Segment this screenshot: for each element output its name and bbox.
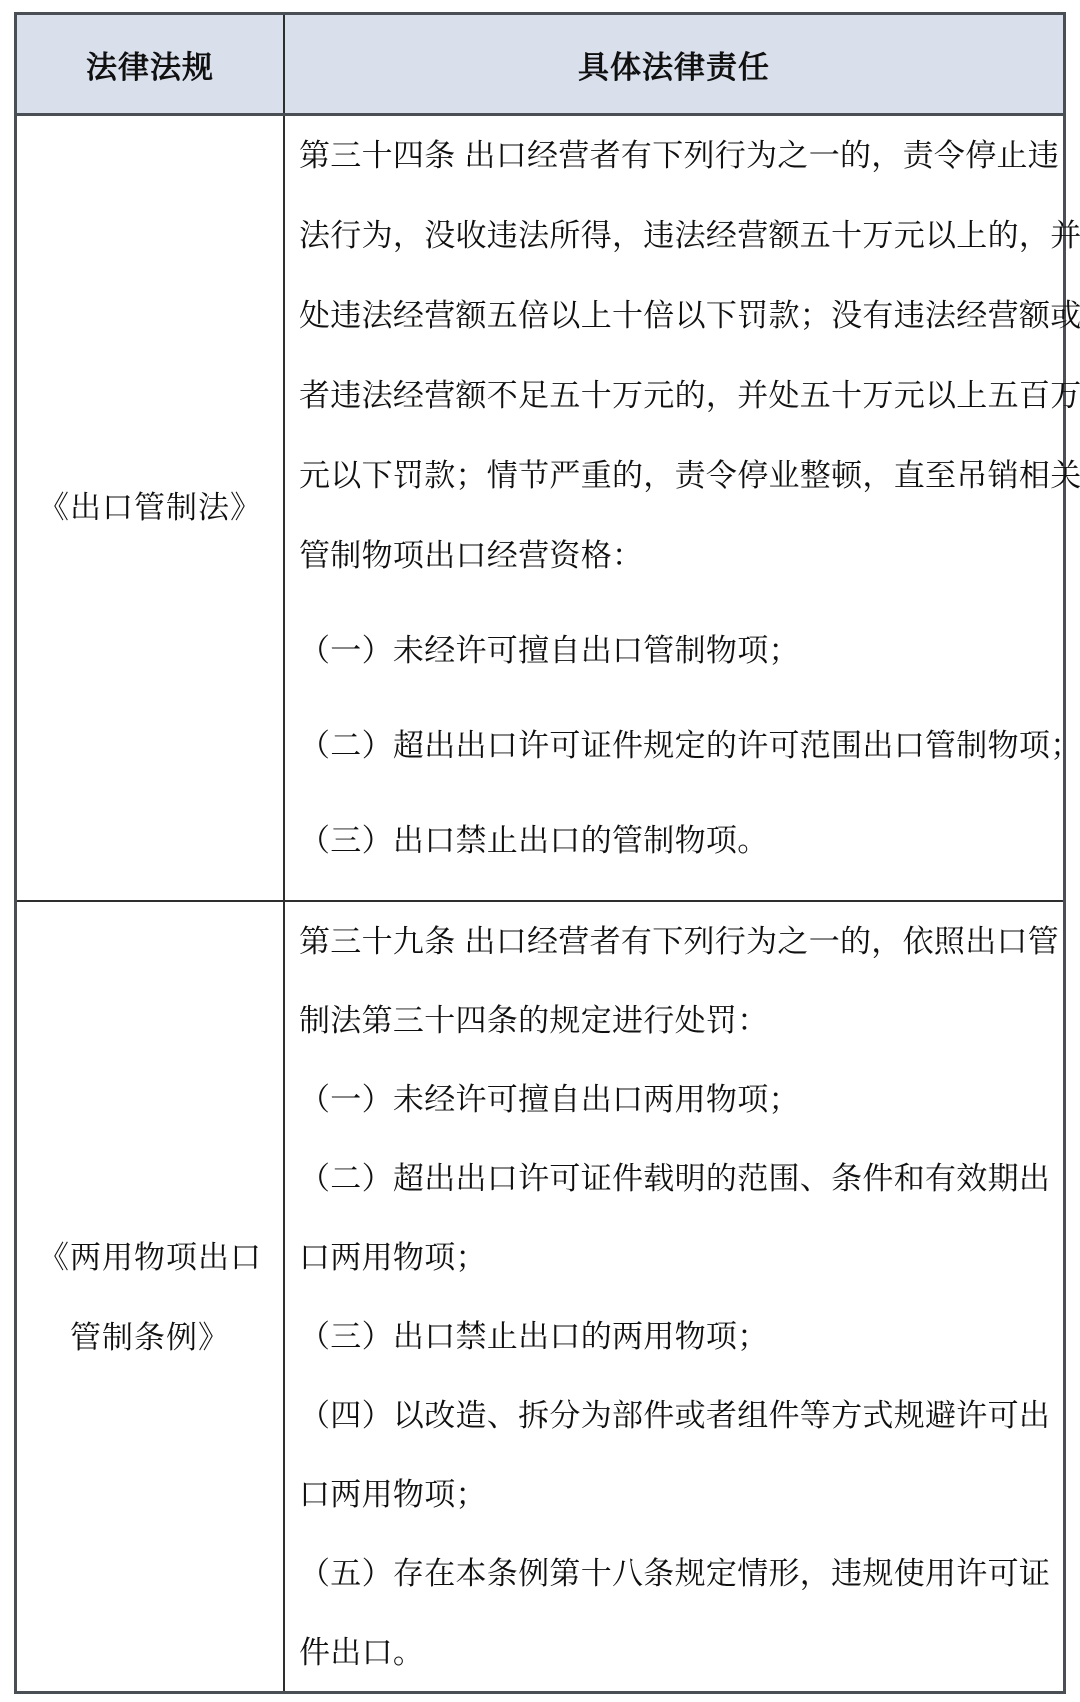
list-item-line: （五）存在本条例第十八条规定情形，违规使用许可证 bbox=[299, 1534, 1053, 1613]
header-cell-liability: 具体法律责任 bbox=[285, 15, 1063, 113]
list-item-line: （一）未经许可擅自出口两用物项； bbox=[299, 1060, 1053, 1139]
law-cell-export-control-law: 《出口管制法》 bbox=[17, 116, 283, 900]
header-cell-laws: 法律法规 bbox=[17, 15, 283, 113]
list-item-continuation-line: 口两用物项； bbox=[299, 1218, 1053, 1297]
list-item-line: （二）超出出口许可证件规定的许可范围出口管制物项； bbox=[299, 706, 1053, 786]
liability-cell-dual-use-regulation: 第三十九条 出口经营者有下列行为之一的，依照出口管 制法第三十四条的规定进行处罚… bbox=[285, 902, 1063, 1692]
text-line: 处违法经营额五倍以上十倍以下罚款；没有违法经营额或 bbox=[299, 276, 1053, 356]
list-item-continuation-line: 件出口。 bbox=[299, 1613, 1053, 1692]
text-line: 元以下罚款；情节严重的，责令停业整顿，直至吊销相关 bbox=[299, 436, 1053, 516]
text-line: 第三十九条 出口经营者有下列行为之一的，依照出口管 bbox=[299, 902, 1053, 981]
liability-cell-export-control-law: 第三十四条 出口经营者有下列行为之一的，责令停止违 法行为，没收违法所得，违法经… bbox=[285, 116, 1063, 881]
law-title-line: 《出口管制法》 bbox=[38, 468, 262, 548]
text-line: 管制物项出口经营资格： bbox=[299, 516, 1053, 596]
legal-liability-table: 法律法规 具体法律责任 《出口管制法》 第三十四条 出口经营者有下列行为之一的，… bbox=[14, 12, 1066, 1694]
list-item-line: （四）以改造、拆分为部件或者组件等方式规避许可出 bbox=[299, 1376, 1053, 1455]
list-item-line: （二）超出出口许可证件载明的范围、条件和有效期出 bbox=[299, 1139, 1053, 1218]
list-item-continuation-line: 口两用物项； bbox=[299, 1455, 1053, 1534]
text-line: 者违法经营额不足五十万元的，并处五十万元以上五百万 bbox=[299, 356, 1053, 436]
law-title-line: 管制条例》 bbox=[70, 1298, 230, 1378]
law-cell-dual-use-regulation: 《两用物项出口 管制条例》 bbox=[17, 902, 283, 1694]
text-line: 制法第三十四条的规定进行处罚： bbox=[299, 981, 1053, 1060]
list-item-line: （三）出口禁止出口的两用物项； bbox=[299, 1297, 1053, 1376]
list-item-line: （三）出口禁止出口的管制物项。 bbox=[299, 801, 1053, 881]
header-label-laws: 法律法规 bbox=[86, 42, 214, 87]
text-line: 第三十四条 出口经营者有下列行为之一的，责令停止违 bbox=[299, 116, 1053, 196]
law-title-line: 《两用物项出口 bbox=[38, 1218, 262, 1298]
text-line: 法行为，没收违法所得，违法经营额五十万元以上的，并 bbox=[299, 196, 1053, 276]
header-label-liability: 具体法律责任 bbox=[578, 42, 770, 87]
document-page: 法律法规 具体法律责任 《出口管制法》 第三十四条 出口经营者有下列行为之一的，… bbox=[0, 0, 1080, 1702]
list-item-line: （一）未经许可擅自出口管制物项； bbox=[299, 611, 1053, 691]
